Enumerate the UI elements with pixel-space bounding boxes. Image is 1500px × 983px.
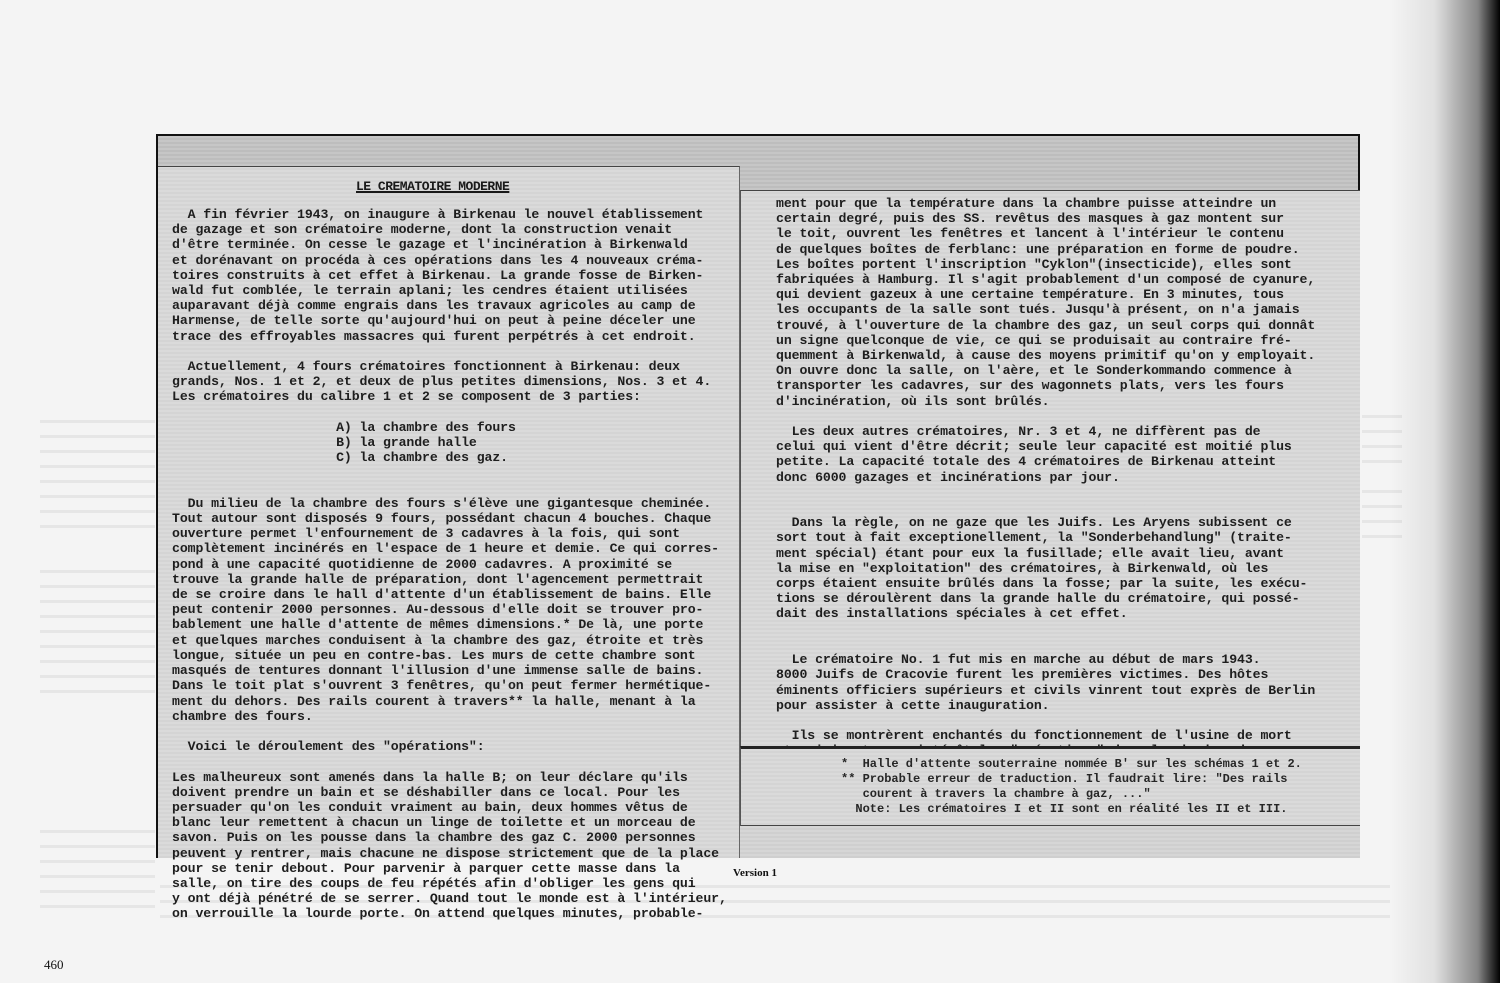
photo-bottom-strip xyxy=(740,826,1360,858)
bleed-through-text xyxy=(40,420,155,530)
document-photograph: LE CREMATOIRE MODERNE A fin février 1943… xyxy=(156,134,1360,858)
bleed-through-text xyxy=(1362,415,1402,465)
right-column-text: ment pour que la température dans la cha… xyxy=(776,196,1315,804)
footnote-1: * Halle d'attente souterraine nommée B' … xyxy=(841,757,1302,771)
typescript-page-left: LE CREMATOIRE MODERNE A fin février 1943… xyxy=(158,166,740,858)
page-number: 460 xyxy=(44,957,64,973)
footnote-2: ** Probable erreur de traduction. Il fau… xyxy=(841,772,1287,801)
typescript-page-right: ment pour que la température dans la cha… xyxy=(740,190,1360,746)
document-title: LE CREMATOIRE MODERNE xyxy=(356,179,509,194)
left-column-text: A fin février 1943, on inaugure à Birken… xyxy=(172,207,727,922)
book-gutter-shadow xyxy=(1390,0,1500,983)
footnote-note: Note: Les crématoires I et II sont en ré… xyxy=(841,802,1287,816)
bleed-through-text xyxy=(40,570,155,700)
footnotes: * Halle d'attente souterraine nommée B' … xyxy=(841,757,1302,817)
footnotes-panel: * Halle d'attente souterraine nommée B' … xyxy=(740,746,1360,826)
bleed-through-text xyxy=(1362,490,1402,550)
figure-caption: Version 1 xyxy=(0,867,1500,879)
